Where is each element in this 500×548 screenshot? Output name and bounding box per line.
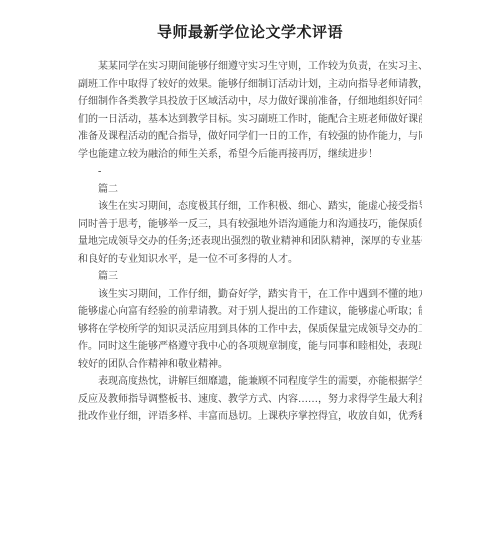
body-line: 够将在学校所学的知识灵活应用到具体的工作中去，保质保量完成领导交办的工 (78, 321, 422, 339)
body-line: 准备及课程活动的配合指导，做好同学们一日的工作，有较强的协作能力，与同 (78, 128, 422, 146)
stray-mark: - (78, 163, 422, 181)
body-line: 仔细制作各类教学具投放于区域活动中，尽力做好课前准备，仔细地组织好同学 (78, 93, 422, 111)
body-line: 表现高度热忱，讲解巨细靡遗，能兼顾不同程度学生的需要，亦能根据学生 (78, 373, 422, 391)
body-line: 学也能建立较为融洽的师生关系，希望今后能再接再厉，继续进步！ (78, 146, 422, 164)
body-line: 该生实习期间，工作仔细，勤奋好学，踏实肯干，在工作中遇到不懂的地方， (78, 286, 422, 304)
body-line: 们的一日活动，基本达到教学目标。实习副班工作时，能配合主班老师做好课前 (78, 111, 422, 129)
body-line: 同时善于思考，能够举一反三，具有较强地外语沟通能力和沟通技巧，能保质保 (78, 216, 422, 234)
body-line: 作。同时这生能够严格遵守我中心的各项规章制度，能与同事和睦相处，表现出 (78, 338, 422, 356)
body-line: 批改作业仔细，评语多样、丰富而恳切。上课秩序掌控得宜，收放自如，优秀稳 (78, 408, 422, 426)
document-page: 导师最新学位论文学术评语 某某同学在实习期间能够仔细遵守实习生守则，工作较为负责… (0, 0, 500, 548)
body-line: 能够虚心向富有经验的前辈请教。对于别人提出的工作建议，能够虚心听取；能 (78, 303, 422, 321)
body-line: 和良好的专业知识水平，是一位不可多得的人才。 (78, 251, 422, 269)
section-label: 篇三 (78, 268, 422, 286)
body-line: 较好的团队合作精神和敬业精神。 (78, 356, 422, 374)
section-label: 篇二 (78, 181, 422, 199)
body-line: 某某同学在实习期间能够仔细遵守实习生守则，工作较为负责，在实习主、 (78, 58, 422, 76)
body-line: 反应及教师指导调整板书、速度、教学方式、内容……，努力求得学生最大利益。 (78, 391, 422, 409)
document-body: 某某同学在实习期间能够仔细遵守实习生守则，工作较为负责，在实习主、 副班工作中取… (78, 58, 422, 426)
body-line: 副班工作中取得了较好的效果。能够仔细制订活动计划，主动向指导老师请教， (78, 76, 422, 94)
document-title: 导师最新学位论文学术评语 (0, 0, 500, 42)
body-line: 量地完成领导交办的任务;还表现出强烈的敬业精神和团队精神，深厚的专业基础 (78, 233, 422, 251)
body-line: 该生在实习期间，态度极其仔细，工作积极、细心、踏实，能虚心接受指导； (78, 198, 422, 216)
